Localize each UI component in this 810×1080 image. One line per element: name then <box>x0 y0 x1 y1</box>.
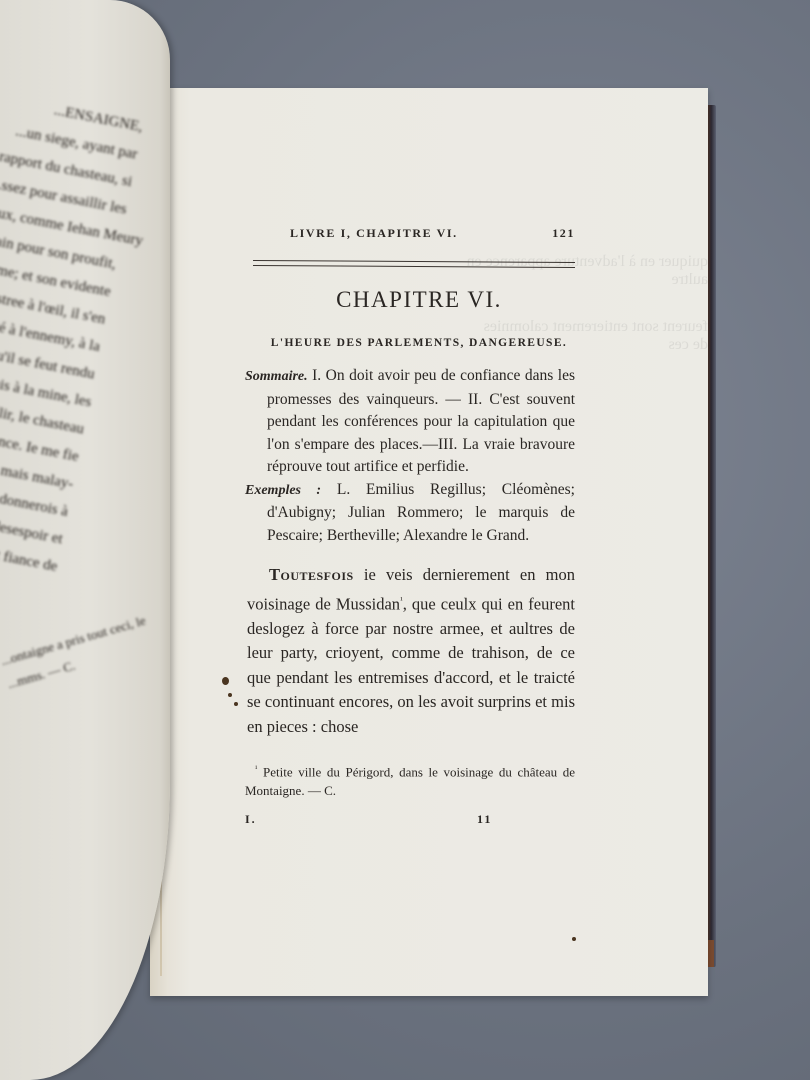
page-number: 121 <box>552 226 575 241</box>
chapter-title: CHAPITRE VI. <box>245 287 575 313</box>
signature-volume: I. <box>245 812 477 827</box>
summary-label: Sommaire. <box>245 369 308 384</box>
examples-label: Exemples : <box>245 483 321 498</box>
chapter-examples: Exemples : L. Emilius Regillus; Cléomène… <box>245 479 575 548</box>
running-head: LIVRE I, CHAPITRE VI. 121 <box>245 226 575 241</box>
chapter-subtitle: L'HEURE DES PARLEMENTS, DANGEREUSE. <box>245 337 575 349</box>
left-page: ...ENSAIGNE, ...un siege, ayant par ...r… <box>0 0 170 1080</box>
foxing-stain <box>222 677 229 685</box>
drop-word: Toutesfois <box>269 565 354 584</box>
right-page-content: LIVRE I, CHAPITRE VI. 121 CHAPITRE VI. L… <box>245 226 575 827</box>
footnote-text: Petite ville du Périgord, dans le voisin… <box>245 764 575 798</box>
body-paragraph: Toutesfois ie veis dernierement en mon v… <box>245 563 575 739</box>
foxing-stain <box>572 937 576 941</box>
summary-text: I. On doit avoir peu de confiance dans l… <box>267 367 575 475</box>
footnote-marker: ¹ <box>255 764 257 773</box>
printer-signature: I. 11 <box>245 812 575 827</box>
signature-sheet: 11 <box>477 812 492 827</box>
running-head-title: LIVRE I, CHAPITRE VI. <box>290 226 458 241</box>
double-rule-divider <box>253 260 575 268</box>
left-page-text: ...ENSAIGNE, ...un siege, ayant par ...r… <box>0 85 145 581</box>
body-text-part-2: , que ceulx qui en feurent deslogez à fo… <box>247 594 575 736</box>
foxing-stain <box>228 693 232 697</box>
foxing-stain <box>234 702 238 706</box>
footnote: ¹ Petite ville du Périgord, dans le vois… <box>245 759 575 800</box>
chapter-summary: Sommaire. I. On doit avoir peu de confia… <box>245 365 575 479</box>
left-page-footnote: ...ontaigne a pris tout ceci, le ...mms.… <box>0 609 155 696</box>
